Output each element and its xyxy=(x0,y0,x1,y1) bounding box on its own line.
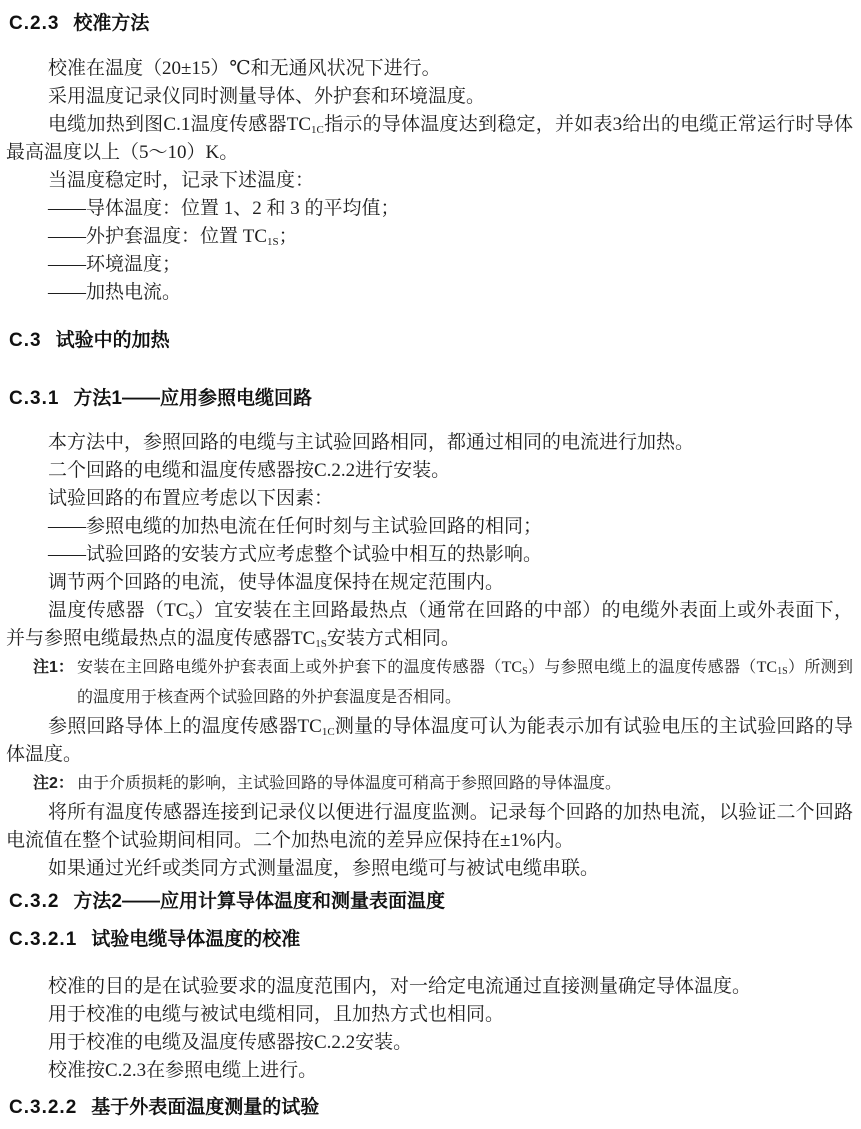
paragraph: 校准按C.2.3在参照电缆上进行。 xyxy=(6,1057,853,1085)
paragraph: 采用温度记录仪同时测量导体、外护套和环境温度。 xyxy=(6,83,853,111)
paragraph: 试验回路的布置应考虑以下因素： xyxy=(6,485,853,513)
heading-number: C.2.3 xyxy=(9,13,59,35)
paragraph: 用于校准的电缆与被试电缆相同，且加热方式也相同。 xyxy=(6,1001,853,1029)
paragraph: 二个回路的电缆和温度传感器按C.2.2进行安装。 xyxy=(6,457,853,485)
paragraph: 电缆加热到图C.1温度传感器TC1C指示的导体温度达到稳定，并如表3给出的电缆正… xyxy=(6,111,853,167)
heading-number: C.3.2 xyxy=(9,891,59,913)
paragraph: 校准的目的是在试验要求的温度范围内，对一给定电流通过直接测量确定导体温度。 xyxy=(6,973,853,1001)
heading-title: 试验电缆导体温度的校准 xyxy=(91,929,300,951)
heading-title: 试验中的加热 xyxy=(56,330,170,352)
dash-list-item: ——参照电缆的加热电流在任何时刻与主试验回路的相同； xyxy=(6,513,853,541)
heading-title: 校准方法 xyxy=(73,13,149,35)
heading-number: C.3.1 xyxy=(9,388,59,410)
section-heading-c322: C.3.2.2 基于外表面温度测量的试验 xyxy=(9,1097,853,1119)
note-2: 注2： 由于介质损耗的影响，主试验回路的导体温度可稍高于参照回路的导体温度。 xyxy=(33,769,853,799)
note-label: 注2： xyxy=(33,769,77,799)
paragraph: 如果通过光纤或类同方式测量温度，参照电缆可与被试电缆串联。 xyxy=(6,855,853,883)
note-text: 由于介质损耗的影响，主试验回路的导体温度可稍高于参照回路的导体温度。 xyxy=(77,769,853,799)
document-page: C.2.3 校准方法 校准在温度（20±15）℃和无通风状况下进行。 采用温度记… xyxy=(0,0,861,1129)
heading-number: C.3.2.2 xyxy=(9,1097,77,1119)
note-1: 注1： 安装在主回路电缆外护套表面上或外护套下的温度传感器（TCS）与参照电缆上… xyxy=(33,653,853,713)
dash-list-item: ——导体温度：位置 1、2 和 3 的平均值； xyxy=(6,195,853,223)
paragraph: 参照回路导体上的温度传感器TC1C测量的导体温度可认为能表示加有试验电压的主试验… xyxy=(6,713,853,769)
heading-number: C.3.2.1 xyxy=(9,929,77,951)
note-text: 安装在主回路电缆外护套表面上或外护套下的温度传感器（TCS）与参照电缆上的温度传… xyxy=(77,653,853,713)
heading-title: 基于外表面温度测量的试验 xyxy=(91,1097,319,1119)
heading-number: C.3 xyxy=(9,330,42,352)
dash-list-item: ——试验回路的安装方式应考虑整个试验中相互的热影响。 xyxy=(6,541,853,569)
heading-title: 方法1——应用参照电缆回路 xyxy=(73,388,312,410)
section-heading-c32: C.3.2 方法2——应用计算导体温度和测量表面温度 xyxy=(9,891,853,913)
heading-title: 方法2——应用计算导体温度和测量表面温度 xyxy=(73,891,445,913)
section-heading-c23: C.2.3 校准方法 xyxy=(9,13,853,35)
paragraph: 本方法中，参照回路的电缆与主试验回路相同，都通过相同的电流进行加热。 xyxy=(6,429,853,457)
note-label: 注1： xyxy=(33,653,77,713)
section-heading-c3: C.3 试验中的加热 xyxy=(9,330,853,352)
paragraph: 用于校准的电缆及温度传感器按C.2.2安装。 xyxy=(6,1029,853,1057)
dash-list-item: ——环境温度； xyxy=(6,251,853,279)
paragraph: 将所有温度传感器连接到记录仪以便进行温度监测。记录每个回路的加热电流，以验证二个… xyxy=(6,799,853,855)
paragraph: 温度传感器（TCS）宜安装在主回路最热点（通常在回路的中部）的电缆外表面上或外表… xyxy=(6,597,853,653)
section-heading-c321: C.3.2.1 试验电缆导体温度的校准 xyxy=(9,929,853,951)
paragraph: 校准在温度（20±15）℃和无通风状况下进行。 xyxy=(6,55,853,83)
paragraph: 当温度稳定时，记录下述温度： xyxy=(6,167,853,195)
dash-list-item: ——外护套温度：位置 TC1S； xyxy=(6,223,853,251)
section-heading-c31: C.3.1 方法1——应用参照电缆回路 xyxy=(9,388,853,410)
dash-list-item: ——加热电流。 xyxy=(6,279,853,307)
paragraph: 调节两个回路的电流，使导体温度保持在规定范围内。 xyxy=(6,569,853,597)
